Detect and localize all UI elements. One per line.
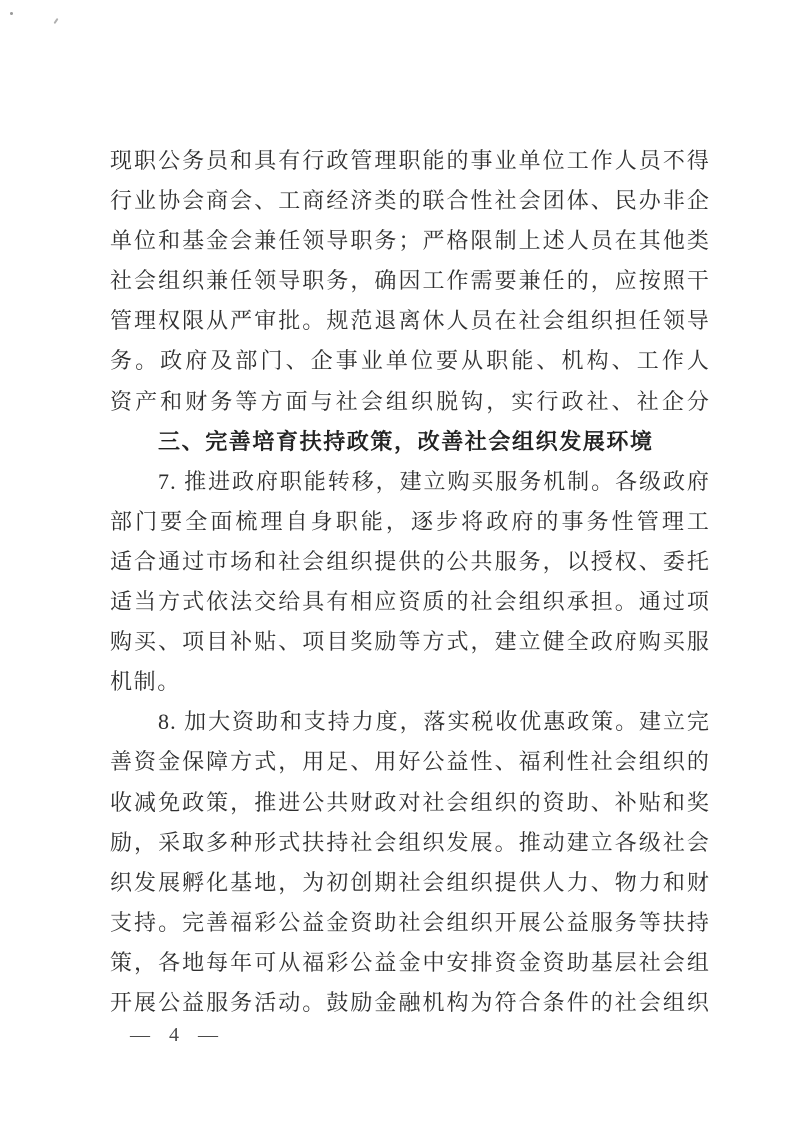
section-heading: 三、完善培育扶持政策，改善社会组织发展环境 [110,422,710,462]
text-line: 适当方式依法交给具有相应资质的社会组织承担。通过项目 [110,582,710,622]
text-line: 现职公务员和具有行政管理职能的事业单位工作人员不得在 [110,141,710,181]
text-line: 收减免政策，推进公共财政对社会组织的资助、补贴和奖 [110,783,710,823]
scan-speck [10,12,13,15]
text-line: 行业协会商会、工商经济类的联合性社会团体、民办非企业 [110,181,710,221]
text-line: 购买、项目补贴、项目奖励等方式，建立健全政府购买服务 [110,622,710,662]
text-line: 资产和财务等方面与社会组织脱钩，实行政社、社企分开。 [110,382,710,422]
text-line: 开展公益服务活动。鼓励金融机构为符合条件的社会组织提 [110,983,710,1023]
text-line: 7. 推进政府职能转移，建立购买服务机制。各级政府 [110,462,710,502]
text-line: 机制。 [110,662,710,702]
page-number: — 4 — [130,1024,225,1047]
text-line: 8. 加大资助和支持力度，落实税收优惠政策。建立完 [110,702,710,742]
text-line: 支持。完善福彩公益金资助社会组织开展公益服务等扶持政 [110,903,710,943]
scan-speck [53,18,58,24]
document-body: 现职公务员和具有行政管理职能的事业单位工作人员不得在行业协会商会、工商经济类的联… [110,141,710,1023]
text-line: 社会组织兼任领导职务，确因工作需要兼任的，应按照干部 [110,261,710,301]
text-line: 务。政府及部门、企事业单位要从职能、机构、工作人员、 [110,341,710,381]
text-line: 部门要全面梳理自身职能，逐步将政府的事务性管理工作、 [110,502,710,542]
text-line: 织发展孵化基地，为初创期社会组织提供人力、物力和财力 [110,863,710,903]
text-line: 管理权限从严审批。规范退离休人员在社会组织担任领导职 [110,301,710,341]
text-line: 励，采取多种形式扶持社会组织发展。推动建立各级社会组 [110,823,710,863]
text-line: 善资金保障方式，用足、用好公益性、福利性社会组织的税 [110,742,710,782]
document-page: 现职公务员和具有行政管理职能的事业单位工作人员不得在行业协会商会、工商经济类的联… [0,0,800,1131]
text-line: 策，各地每年可从福彩公益金中安排资金资助基层社会组织 [110,943,710,983]
text-line: 单位和基金会兼任领导职务；严格限制上述人员在其他类型 [110,221,710,261]
text-line: 适合通过市场和社会组织提供的公共服务，以授权、委托等 [110,542,710,582]
